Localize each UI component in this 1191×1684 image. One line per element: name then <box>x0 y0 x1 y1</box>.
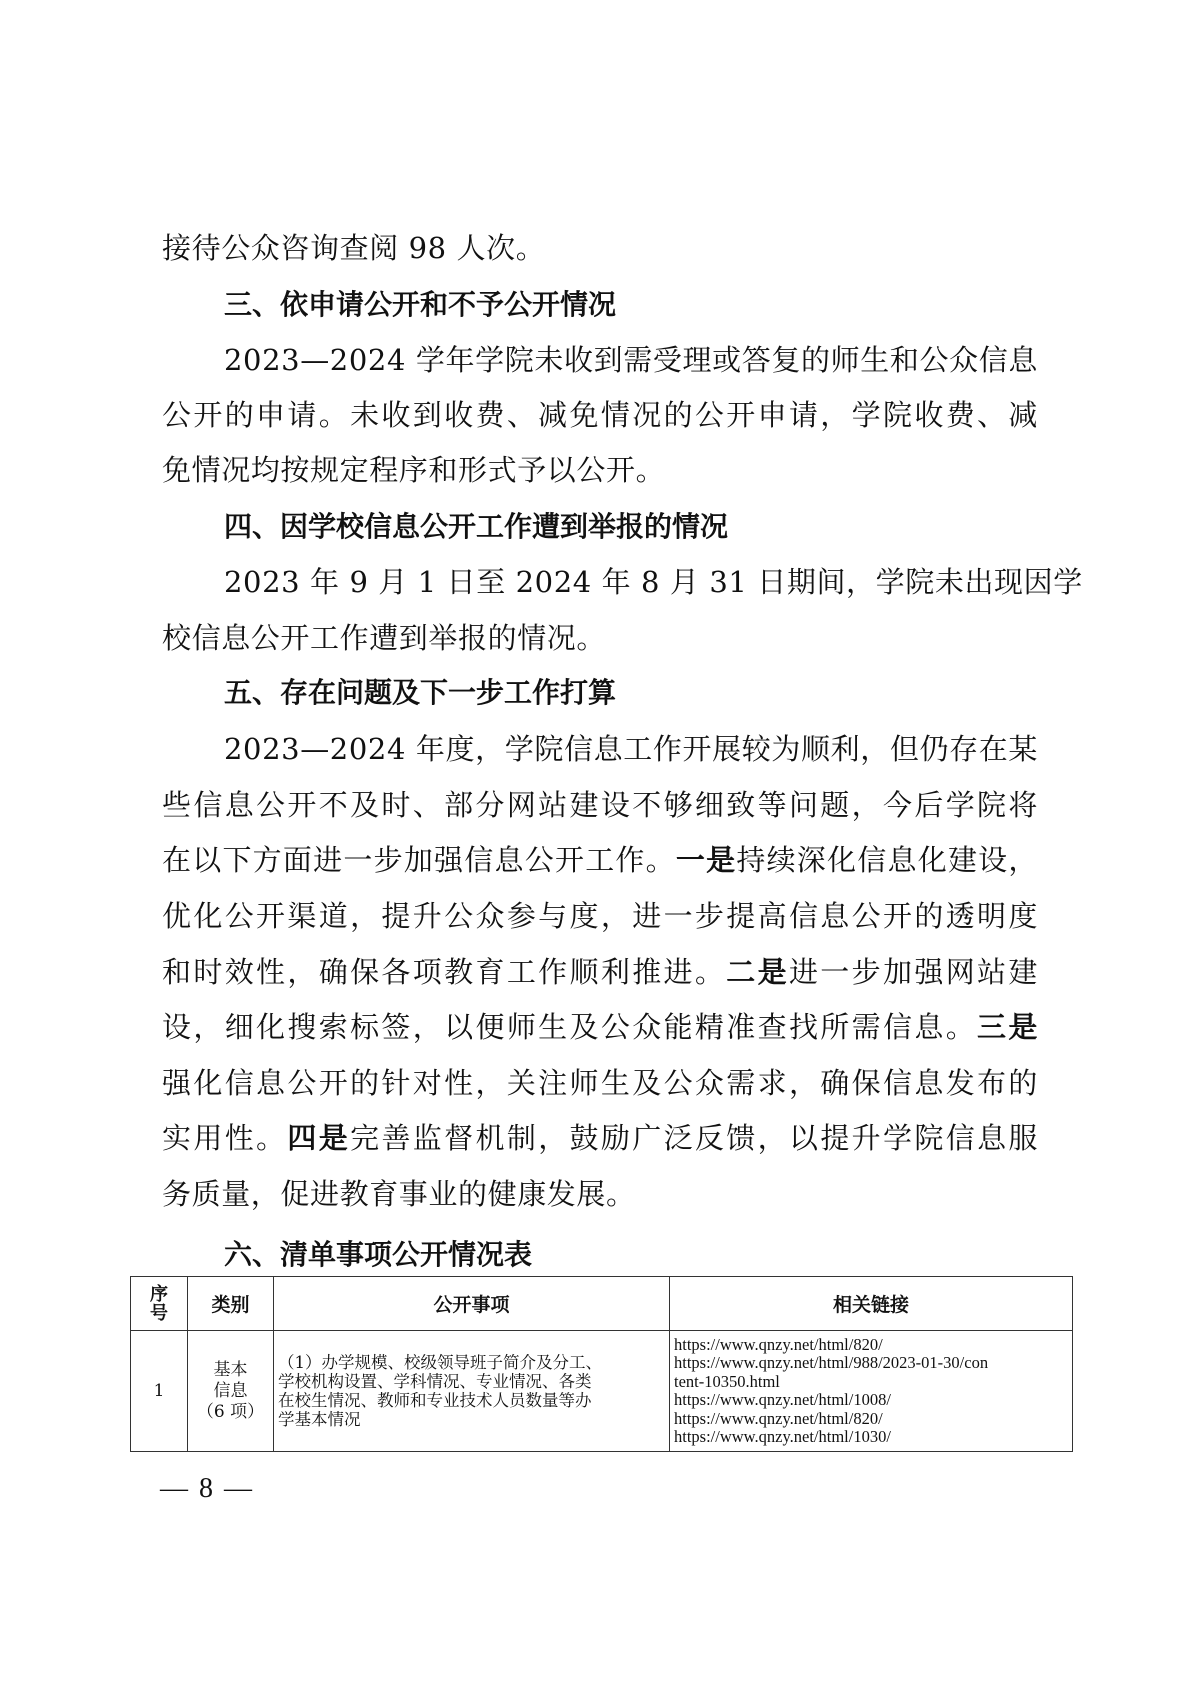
paragraph-line: 校信息公开工作遭到举报的情况。 <box>162 618 1038 658</box>
cell-category: 基本 信息 （6 项） <box>188 1331 274 1452</box>
header-item: 公开事项 <box>274 1277 670 1331</box>
paragraph-line: 务质量，促进教育事业的健康发展。 <box>162 1174 1038 1214</box>
category-line: 信息 <box>188 1381 273 1402</box>
line-text: 设，细化搜索标签，以便师生及公众能精准查找所需信息。 <box>162 1010 977 1044</box>
line-text: 完善监督机制，鼓励广泛反馈，以提升学院信息服 <box>350 1121 1038 1155</box>
paragraph-line: 2023 年 9 月 1 日至 2024 年 8 月 31 日期间，学院未出现因… <box>224 562 1038 602</box>
table-header-row: 序 号 类别 公开事项 相关链接 <box>131 1277 1073 1331</box>
paragraph-line: 2023—2024 学年学院未收到需受理或答复的师生和公众信息 <box>224 340 1038 380</box>
table-row: 1 基本 信息 （6 项） （1）办学规模、校级领导班子简介及分工、 学校机构设… <box>131 1331 1073 1452</box>
line-text: 持续深化信息化建设， <box>736 843 1038 877</box>
cell-links: https://www.qnzy.net/html/820/ https://w… <box>670 1331 1073 1452</box>
paragraph-line: 在以下方面进一步加强信息公开工作。一是持续深化信息化建设， <box>162 840 1038 880</box>
header-seq-bottom: 号 <box>131 1304 187 1323</box>
bold-keyword-fourth: 四是 <box>287 1121 350 1155</box>
item-line: 学基本情况 <box>278 1410 665 1429</box>
paragraph-line: 和时效性，确保各项教育工作顺利推进。二是进一步加强网站建 <box>162 952 1038 992</box>
line-text: 进一步加强网站建 <box>789 955 1038 989</box>
document-page: 接待公众咨询查阅 98 人次。 三、依申请公开和不予公开情况 2023—2024… <box>0 0 1191 1684</box>
header-category: 类别 <box>188 1277 274 1331</box>
header-seq: 序 号 <box>131 1277 188 1331</box>
cell-seq: 1 <box>131 1331 188 1452</box>
header-links: 相关链接 <box>670 1277 1073 1331</box>
paragraph-line: 强化信息公开的针对性，关注师生及公众需求，确保信息发布的 <box>162 1063 1038 1103</box>
paragraph-line: 些信息公开不及时、部分网站建设不够细致等问题，今后学院将 <box>162 785 1038 825</box>
category-line: （6 项） <box>188 1402 273 1423</box>
paragraph-line: 接待公众咨询查阅 98 人次。 <box>162 228 1038 268</box>
line-text: 和时效性，确保各项教育工作顺利推进。 <box>162 955 726 989</box>
cell-item: （1）办学规模、校级领导班子简介及分工、 学校机构设置、学科情况、专业情况、各类… <box>274 1331 670 1452</box>
section-heading-5: 五、存在问题及下一步工作打算 <box>224 673 1038 713</box>
item-line: 学校机构设置、学科情况、专业情况、各类 <box>278 1372 665 1391</box>
section-heading-4: 四、因学校信息公开工作遭到举报的情况 <box>224 507 1038 547</box>
related-link[interactable]: https://www.qnzy.net/html/820/ <box>674 1336 1068 1355</box>
line-text: 在以下方面进一步加强信息公开工作。 <box>162 843 676 877</box>
section-heading-6: 六、清单事项公开情况表 <box>224 1235 1038 1275</box>
item-line: （1）办学规模、校级领导班子简介及分工、 <box>278 1353 665 1372</box>
header-seq-top: 序 <box>131 1285 187 1304</box>
category-line: 基本 <box>188 1360 273 1381</box>
related-link[interactable]: https://www.qnzy.net/html/988/2023-01-30… <box>674 1354 1068 1373</box>
paragraph-line: 免情况均按规定程序和形式予以公开。 <box>162 450 1038 490</box>
section-heading-3: 三、依申请公开和不予公开情况 <box>224 285 1038 325</box>
item-line: 在校生情况、教师和专业技术人员数量等办 <box>278 1391 665 1410</box>
related-link[interactable]: https://www.qnzy.net/html/820/ <box>674 1410 1068 1429</box>
bold-keyword-first: 一是 <box>676 843 736 877</box>
related-link-continuation[interactable]: tent-10350.html <box>674 1373 1068 1392</box>
page-number: — 8 — <box>160 1471 254 1507</box>
paragraph-line: 公开的申请。未收到收费、减免情况的公开申请，学院收费、减 <box>162 395 1038 435</box>
paragraph-line: 实用性。四是完善监督机制，鼓励广泛反馈，以提升学院信息服 <box>162 1118 1038 1158</box>
bold-keyword-second: 二是 <box>726 955 789 989</box>
disclosure-list-table: 序 号 类别 公开事项 相关链接 1 基本 信息 （6 项） （1）办学规模、校… <box>130 1276 1073 1452</box>
paragraph-line: 设，细化搜索标签，以便师生及公众能精准查找所需信息。三是 <box>162 1007 1038 1047</box>
bold-keyword-third: 三是 <box>977 1010 1038 1044</box>
paragraph-line: 优化公开渠道，提升公众参与度，进一步提高信息公开的透明度 <box>162 896 1038 936</box>
paragraph-line: 2023—2024 年度，学院信息工作开展较为顺利，但仍存在某 <box>224 729 1038 769</box>
related-link[interactable]: https://www.qnzy.net/html/1030/ <box>674 1428 1068 1447</box>
line-text: 实用性。 <box>162 1121 287 1155</box>
related-link[interactable]: https://www.qnzy.net/html/1008/ <box>674 1391 1068 1410</box>
